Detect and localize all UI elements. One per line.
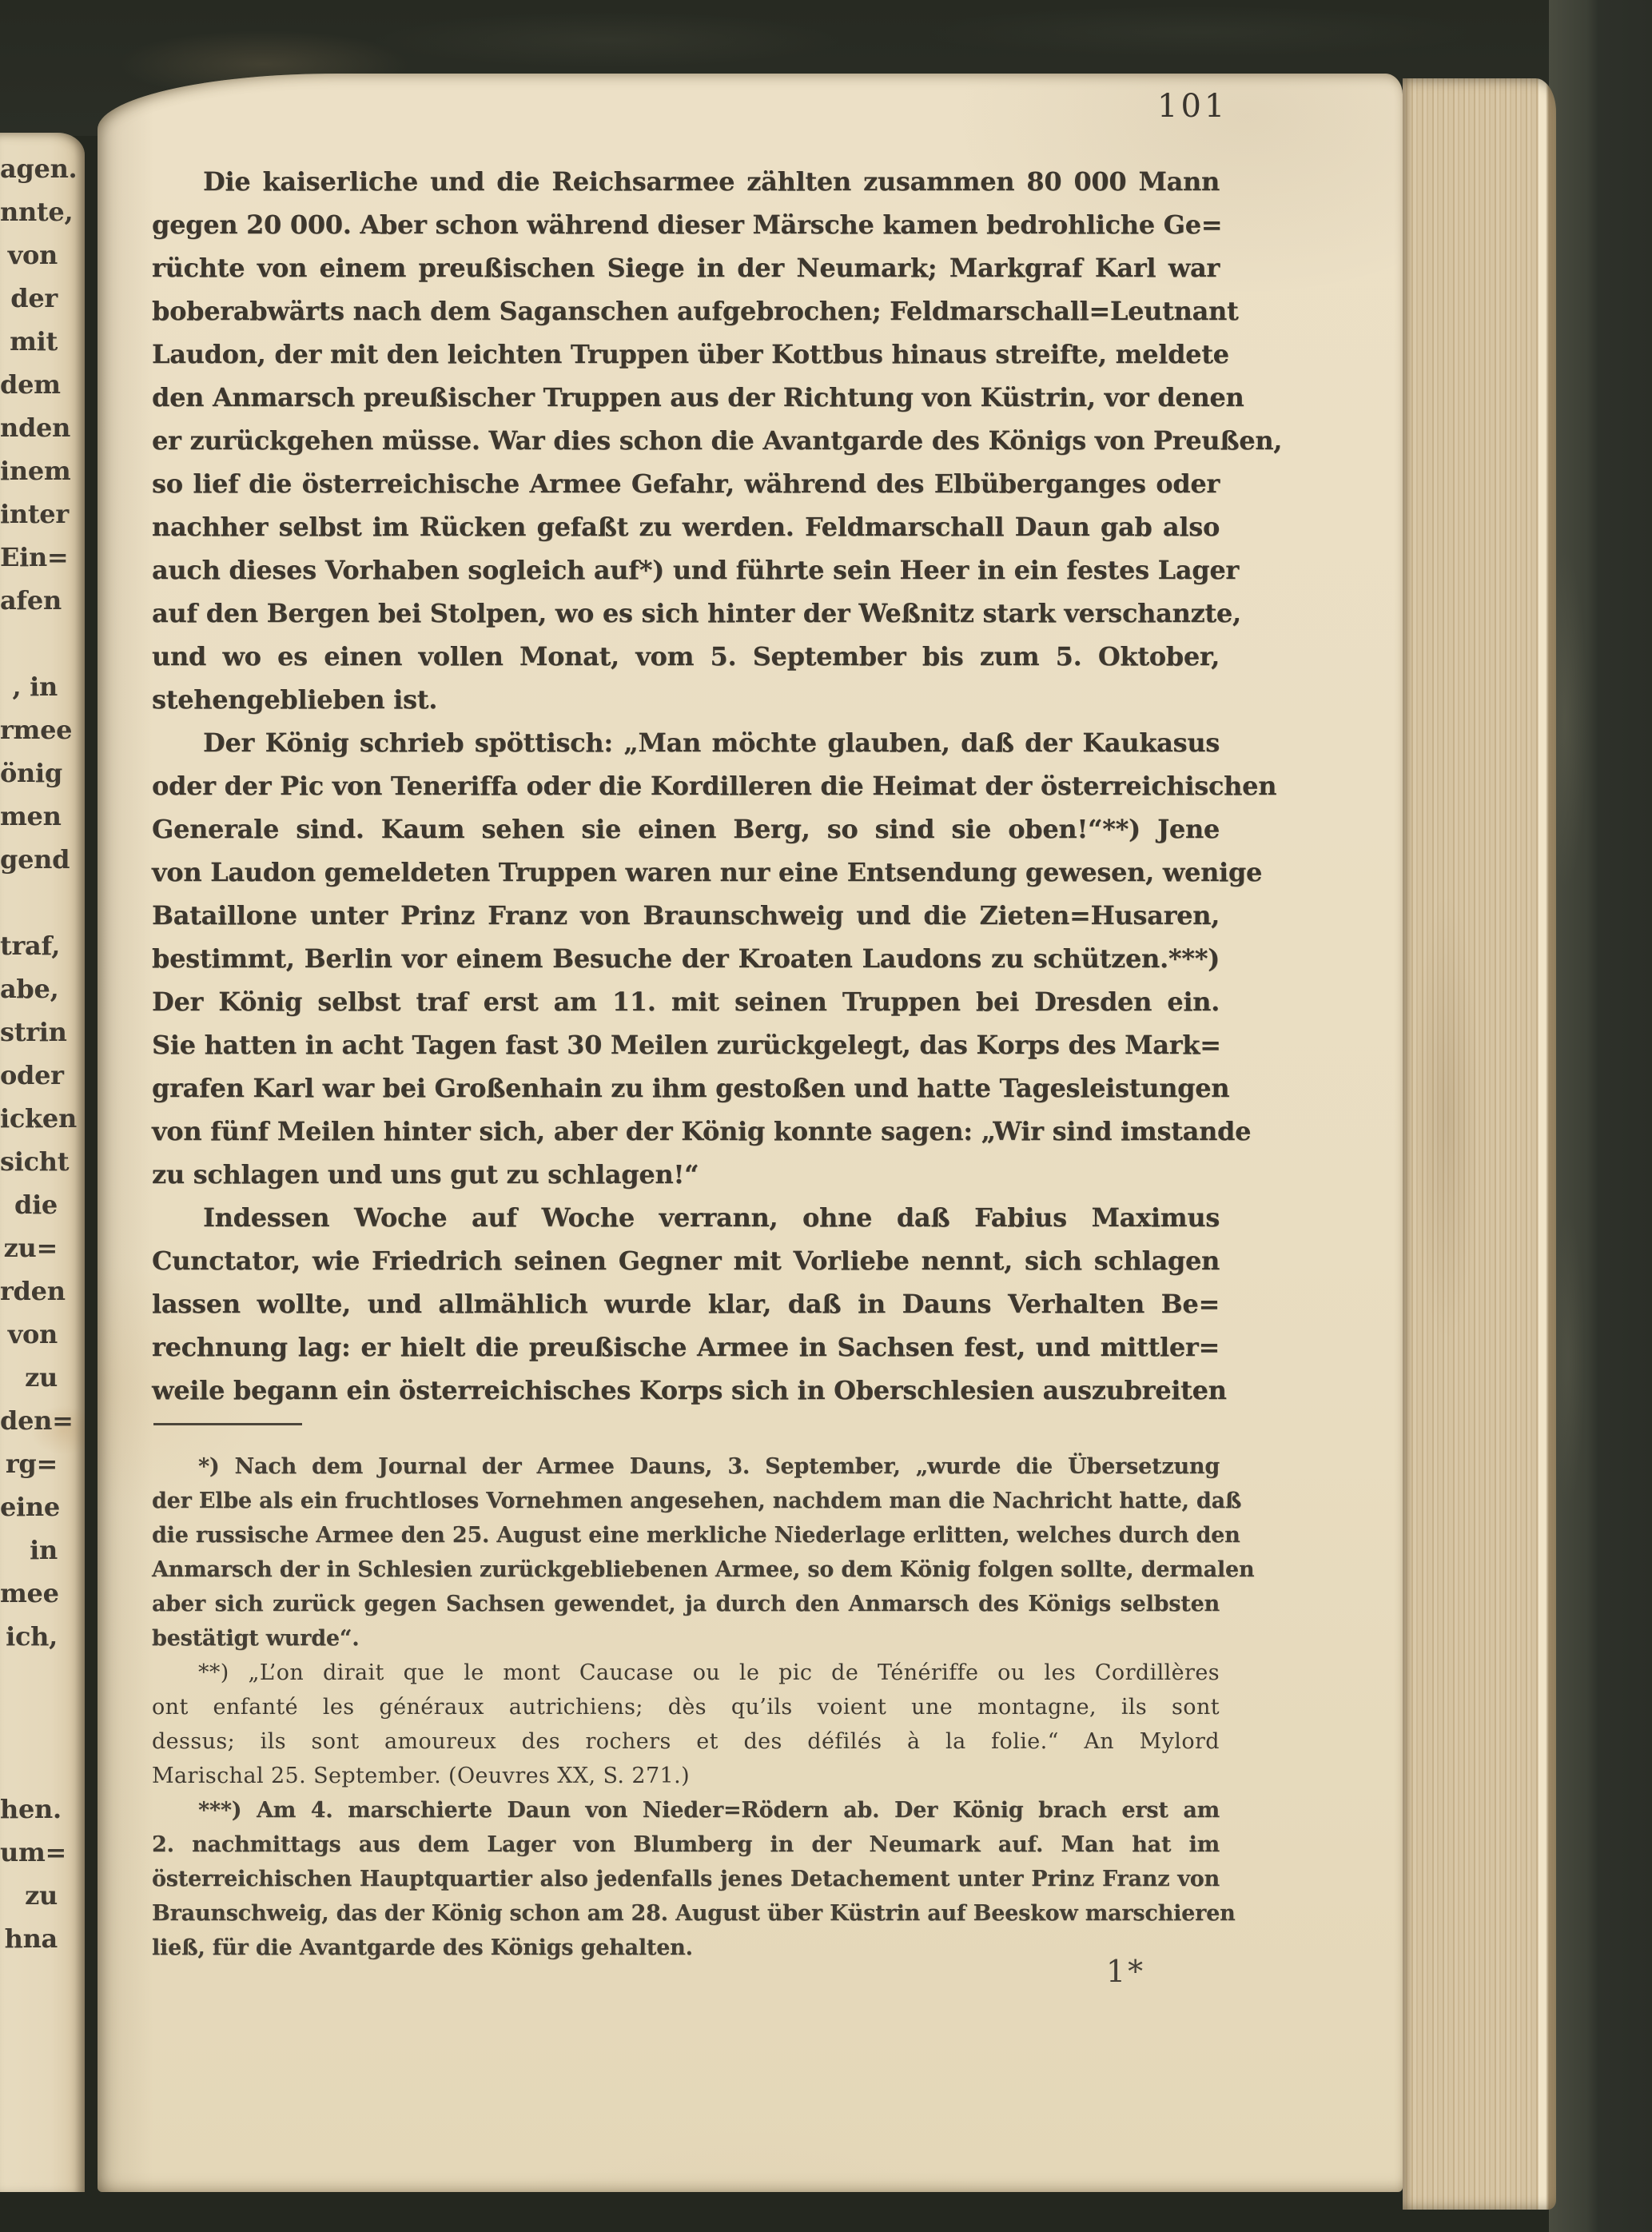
text-line: die russische Armee den 25. August eine … — [152, 1518, 1220, 1552]
text-line: rg= — [0, 1442, 58, 1485]
text-line: stehengeblieben ist. — [152, 678, 1220, 721]
text-line: Bataillone unter Prinz Franz von Braunsc… — [152, 894, 1220, 937]
previous-page-edge: agen.nnte,vondermitdemndenineminterEin=a… — [0, 133, 85, 2192]
text-line: men — [0, 795, 58, 838]
text-line: Cunctator, wie Friedrich seinen Gegner m… — [152, 1239, 1220, 1282]
text-line: bestimmt, Berlin vor einem Besuche der K… — [152, 937, 1220, 980]
text-line: nden — [0, 406, 58, 449]
text-line: Marischal 25. September. (Oeuvres XX, S.… — [152, 1759, 1220, 1793]
text-line: oder — [0, 1054, 58, 1097]
text-line: ich, — [0, 1615, 58, 1658]
footnote-separator — [153, 1423, 302, 1425]
text-line: Anmarsch der in Schlesien zurückgebliebe… — [152, 1552, 1220, 1587]
text-line: gend — [0, 838, 58, 881]
text-line: er zurückgehen müsse. War dies schon die… — [152, 419, 1220, 462]
text-line: so lief die österreichische Armee Gefahr… — [152, 462, 1220, 505]
text-line: auch dieses Vorhaben sogleich auf*) und … — [152, 548, 1220, 592]
text-line: dem — [0, 363, 58, 406]
text-line: zu — [0, 1874, 58, 1917]
text-line: afen — [0, 579, 58, 622]
text-line: mee — [0, 1572, 58, 1615]
text-line: und wo es einen vollen Monat, vom 5. Sep… — [152, 635, 1220, 678]
text-line: ont enfanté les généraux autrichiens; dè… — [152, 1690, 1220, 1724]
page-number: 101 — [1157, 88, 1228, 125]
text-line: um= — [0, 1831, 58, 1874]
text-line: ***) Am 4. marschierte Daun von Nieder=R… — [152, 1793, 1220, 1827]
body-paragraph-3: Indessen Woche auf Woche verrann, ohne d… — [152, 1196, 1220, 1412]
text-line: aber sich zurück gegen Sachsen gewendet,… — [152, 1587, 1220, 1621]
text-line: önig — [0, 751, 58, 795]
page-fore-edge — [1403, 78, 1556, 2210]
text-line: traf, — [0, 924, 58, 967]
text-line: die — [0, 1183, 58, 1226]
text-line: von Laudon gemeldeten Truppen waren nur … — [152, 851, 1220, 894]
text-line: Braunschweig, das der König schon am 28.… — [152, 1896, 1220, 1931]
text-line: , in — [0, 665, 58, 708]
text-line: strin — [0, 1010, 58, 1054]
text-line: lassen wollte, und allmählich wurde klar… — [152, 1282, 1220, 1325]
page-text: Die kaiserliche und die Reichsarmee zähl… — [152, 160, 1220, 1965]
text-line: icken — [0, 1097, 58, 1140]
text-line: eine — [0, 1485, 58, 1529]
footnote-2: **) „L’on dirait que le mont Caucase ou … — [152, 1656, 1220, 1793]
book-cover-right — [1549, 0, 1652, 2232]
text-line: rechnung lag: er hielt die preußische Ar… — [152, 1325, 1220, 1369]
text-line: abe, — [0, 967, 58, 1010]
text-line: hna — [0, 1917, 58, 1960]
book-page: 101 Die kaiserliche und die Reichsarmee … — [98, 74, 1403, 2192]
text-line: Ein= — [0, 536, 58, 579]
text-line: agen. — [0, 147, 58, 190]
footnote-3: ***) Am 4. marschierte Daun von Nieder=R… — [152, 1793, 1220, 1965]
text-line: zu schlagen und uns gut zu schlagen!“ — [152, 1153, 1220, 1196]
text-line: in — [0, 1529, 58, 1572]
text-line: *) Nach dem Journal der Armee Dauns, 3. … — [152, 1449, 1220, 1484]
body-paragraph-1: Die kaiserliche und die Reichsarmee zähl… — [152, 160, 1220, 721]
text-line: der Elbe als ein fruchtloses Vornehmen a… — [152, 1484, 1220, 1518]
text-line: den Anmarsch preußischer Truppen aus der… — [152, 376, 1220, 419]
text-line: Der König schrieb spöttisch: „Man möchte… — [152, 721, 1220, 764]
text-line: auf den Bergen bei Stolpen, wo es sich h… — [152, 592, 1220, 635]
text-line: Der König selbst traf erst am 11. mit se… — [152, 980, 1220, 1023]
text-line: 2. nachmittags aus dem Lager von Blumber… — [152, 1827, 1220, 1862]
text-line: von fünf Meilen hinter sich, aber der Kö… — [152, 1110, 1220, 1153]
text-line: österreichischen Hauptquartier also jede… — [152, 1862, 1220, 1896]
text-line: zu= — [0, 1226, 58, 1269]
text-line: nachher selbst im Rücken gefaßt zu werde… — [152, 505, 1220, 548]
text-line: mit — [0, 320, 58, 363]
text-line: sicht — [0, 1140, 58, 1183]
text-line: rmee — [0, 708, 58, 751]
text-line: von — [0, 1313, 58, 1356]
footnote-1: *) Nach dem Journal der Armee Dauns, 3. … — [152, 1449, 1220, 1656]
text-line: von — [0, 233, 58, 277]
text-line: gegen 20 000. Aber schon während dieser … — [152, 203, 1220, 246]
text-line: weile begann ein österreichisches Korps … — [152, 1369, 1220, 1412]
text-line: inter — [0, 492, 58, 536]
text-line: rden — [0, 1269, 58, 1313]
signature-mark: 1* — [1106, 1954, 1145, 1989]
text-line: rüchte von einem preußischen Siege in de… — [152, 246, 1220, 289]
text-line: dessus; ils sont amoureux des rochers et… — [152, 1724, 1220, 1759]
text-line: hen. — [0, 1788, 58, 1831]
text-line: bestätigt wurde“. — [152, 1621, 1220, 1656]
text-line: inem — [0, 449, 58, 492]
text-line: grafen Karl war bei Großenhain zu ihm ge… — [152, 1066, 1220, 1110]
text-line: Die kaiserliche und die Reichsarmee zähl… — [152, 160, 1220, 203]
text-line: zu — [0, 1356, 58, 1399]
text-line: nnte, — [0, 190, 58, 233]
text-line: Indessen Woche auf Woche verrann, ohne d… — [152, 1196, 1220, 1239]
previous-page-text-fragments: agen.nnte,vondermitdemndenineminterEin=a… — [0, 147, 58, 1960]
text-line: der — [0, 277, 58, 320]
body-paragraph-2: Der König schrieb spöttisch: „Man möchte… — [152, 721, 1220, 1196]
text-line: Sie hatten in acht Tagen fast 30 Meilen … — [152, 1023, 1220, 1066]
text-line: boberabwärts nach dem Saganschen aufgebr… — [152, 289, 1220, 333]
text-line: ließ, für die Avantgarde des Königs geha… — [152, 1931, 1220, 1965]
text-line: **) „L’on dirait que le mont Caucase ou … — [152, 1656, 1220, 1690]
text-line: den= — [0, 1399, 58, 1442]
text-line: oder der Pic von Teneriffa oder die Kord… — [152, 764, 1220, 807]
text-line: Laudon, der mit den leichten Truppen übe… — [152, 333, 1220, 376]
book-scan: agen.nnte,vondermitdemndenineminterEin=a… — [0, 0, 1652, 2232]
text-line: Generale sind. Kaum sehen sie einen Berg… — [152, 807, 1220, 851]
